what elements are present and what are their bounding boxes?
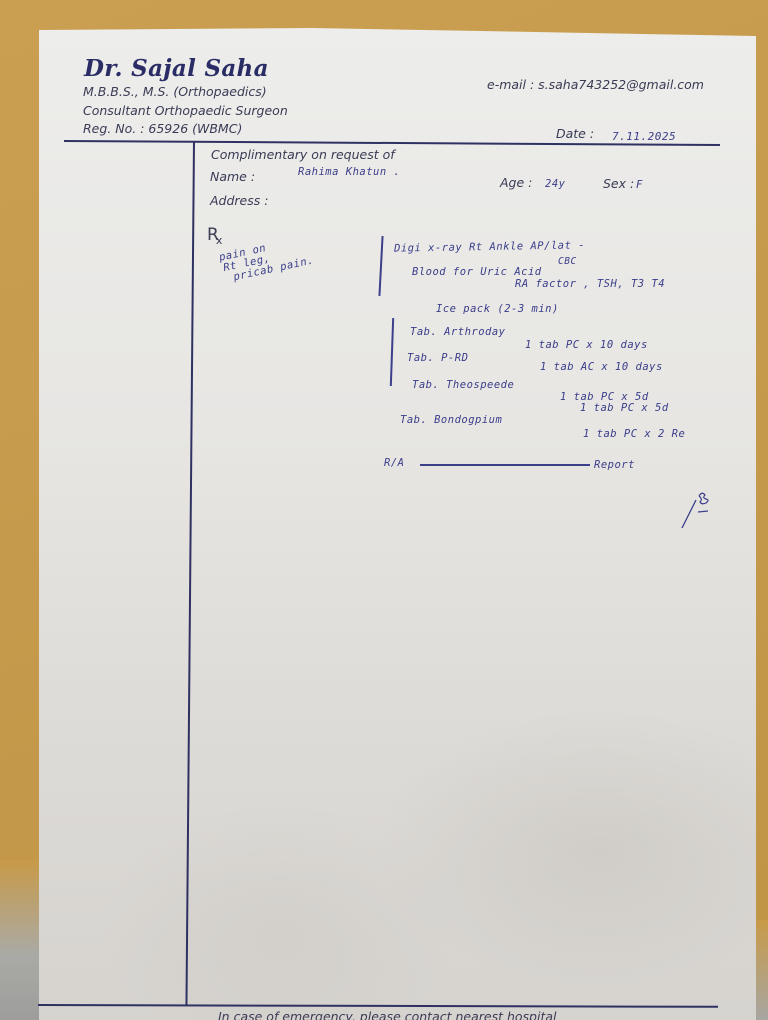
medication-dose: 1 tab PC x 5d [580, 402, 669, 414]
sex-label: Sex : [603, 176, 634, 191]
rx-subscript: x [216, 234, 223, 247]
rx-symbol: Rx [207, 225, 222, 247]
patient-name: Rahima Khatun . [298, 166, 400, 178]
designation: Consultant Orthopaedic Surgeon [83, 103, 288, 118]
medication-name: Tab. Theospeede [412, 379, 514, 391]
investigation-line: RA factor , TSH, T3 T4 [515, 278, 665, 290]
doctor-email: e-mail : s.saha743252@gmail.com [487, 77, 704, 92]
review-report: Report [594, 459, 635, 471]
investigation-line: CBC [558, 256, 577, 267]
date-value: 7.11.2025 [612, 130, 676, 143]
desk-surface [0, 860, 40, 1020]
patient-age: 24y [545, 178, 565, 190]
name-label: Name : [210, 169, 255, 184]
address-label: Address : [210, 193, 268, 208]
review-label: R/A [384, 457, 404, 469]
registration-number: Reg. No. : 65926 (WBMC) [83, 121, 242, 136]
medication-name: Tab. Bondogpium [400, 414, 502, 426]
age-label: Age : [500, 175, 532, 190]
qualification: M.B.B.S., M.S. (Orthopaedics) [83, 84, 267, 99]
medication-name: Tab. P-RD [407, 352, 468, 364]
desk-surface [754, 920, 768, 1020]
review-line [420, 464, 590, 466]
investigation-line: Blood for Uric Acid [412, 266, 542, 278]
medication-dose: 1 tab AC x 10 days [540, 361, 663, 373]
medication-name: Tab. Arthroday [410, 326, 506, 338]
medication-dose: 1 tab PC x 10 days [525, 339, 648, 351]
advice-ice-pack: Ice pack (2-3 min) [436, 303, 559, 315]
signature-icon [676, 488, 716, 532]
complimentary-label: Complimentary on request of [211, 147, 395, 162]
patient-sex: F [636, 179, 643, 191]
date-label: Date : [556, 126, 594, 141]
medication-dose: 1 tab PC x 2 Re [583, 428, 685, 440]
doctor-name: Dr. Sajal Saha [84, 55, 269, 82]
emergency-footer: In case of emergency, please contact nea… [218, 1009, 557, 1020]
